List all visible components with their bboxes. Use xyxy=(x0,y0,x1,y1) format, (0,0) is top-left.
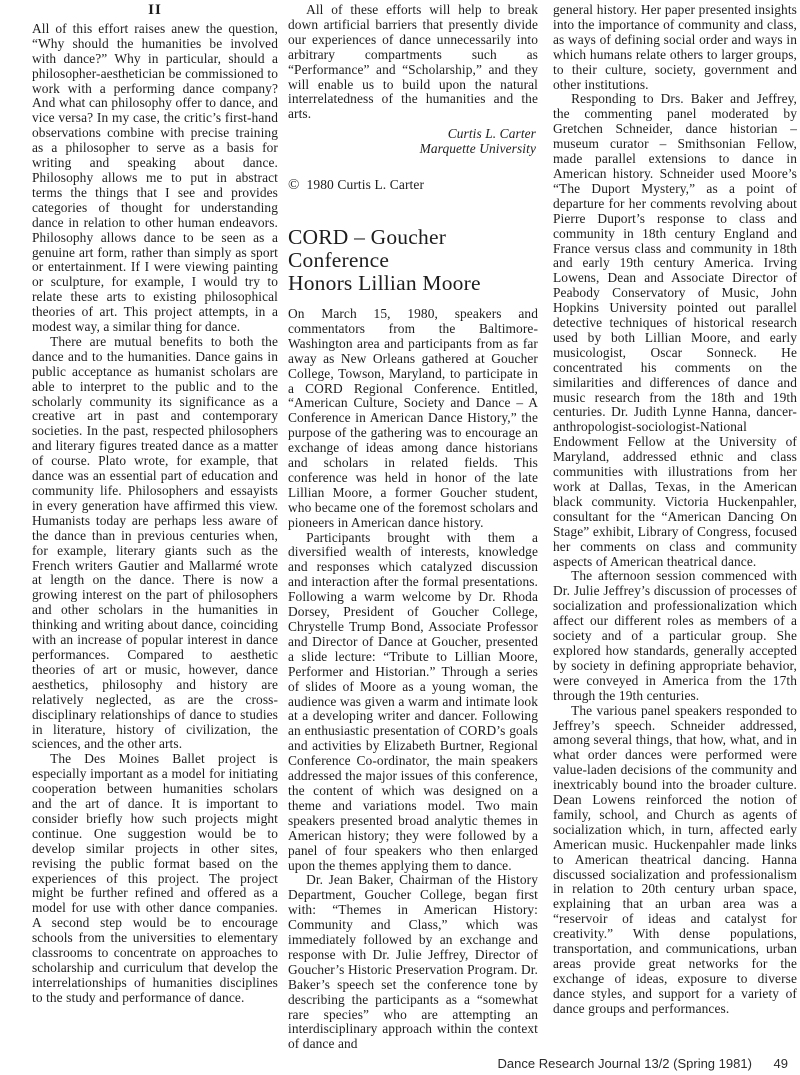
copyright-icon: © xyxy=(288,177,300,193)
page-number: 49 xyxy=(774,1056,788,1071)
paragraph: The various panel speakers responded to … xyxy=(553,704,797,1017)
left-column-paragraphs: All of this effort raises anew the quest… xyxy=(32,22,278,1006)
paragraph: The afternoon session commenced with Dr.… xyxy=(553,569,797,703)
journal-citation: Dance Research Journal 13/2 (Spring 1981… xyxy=(498,1056,752,1071)
paragraph: Participants brought with them a diversi… xyxy=(288,531,538,874)
section-heading: II xyxy=(32,3,278,18)
article-title-line-1: CORD – Goucher Conference xyxy=(288,226,538,272)
paragraph: Dr. Jean Baker, Chairman of the History … xyxy=(288,873,538,1052)
article-title-line-2: Honors Lillian Moore xyxy=(288,272,538,295)
author-affiliation: Marquette University xyxy=(288,142,536,157)
journal-page: II All of this effort raises anew the qu… xyxy=(0,0,800,1075)
copyright-line: ©1980 Curtis L. Carter xyxy=(288,178,538,193)
article-paragraphs: On March 15, 1980, speakers and commenta… xyxy=(288,307,538,1052)
column-middle: All of these efforts will help to break … xyxy=(288,3,538,1052)
previous-article-closing: All of these efforts will help to break … xyxy=(288,3,538,122)
paragraph: On March 15, 1980, speakers and commenta… xyxy=(288,307,538,531)
page-footer: Dance Research Journal 13/2 (Spring 1981… xyxy=(0,1056,788,1071)
paragraph: general history. Her paper presented ins… xyxy=(553,3,797,92)
author-signature: Curtis L. Carter Marquette University xyxy=(288,127,538,157)
paragraph: Responding to Drs. Baker and Jeffrey, th… xyxy=(553,92,797,569)
right-column-paragraphs: general history. Her paper presented ins… xyxy=(553,3,797,1017)
column-right: general history. Her paper presented ins… xyxy=(553,3,797,1017)
paragraph: The Des Moines Ballet project is especia… xyxy=(32,752,278,1005)
author-name: Curtis L. Carter xyxy=(288,127,536,142)
article-title: CORD – Goucher Conference Honors Lillian… xyxy=(288,226,538,295)
paragraph: All of these efforts will help to break … xyxy=(288,3,538,122)
paragraph: There are mutual benefits to both the da… xyxy=(32,335,278,752)
paragraph: All of this effort raises anew the quest… xyxy=(32,22,278,335)
copyright-text: 1980 Curtis L. Carter xyxy=(307,177,425,192)
column-left: II All of this effort raises anew the qu… xyxy=(32,3,278,1006)
